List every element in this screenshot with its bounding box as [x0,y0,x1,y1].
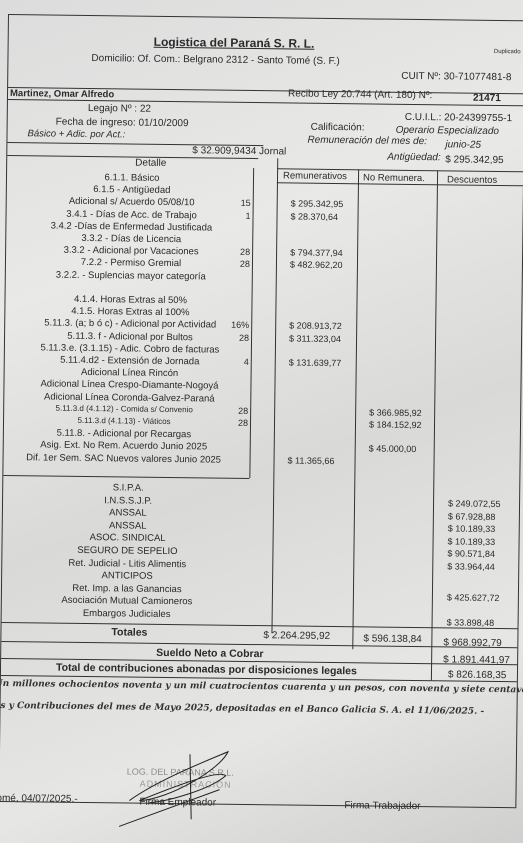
row-concept: 3.4.2 -Días de Enfermedad Justificada [51,220,213,233]
deduction-concept: ASOC. SINDICAL [90,532,166,544]
row-remunerativo: $ 28.370,64 [290,211,338,222]
employer-signature-label: Firma Empleador [139,797,216,809]
row-concept: 5.11.3.d (4.1.13) - Viáticos [77,416,170,426]
row-remunerativo: $ 794.377,94 [290,248,343,259]
row-concept: Adicional s/ Acuerdo 05/08/10 [69,196,195,209]
row-quantity: 28 [228,247,250,257]
deduction-concept: Asociación Mutual Camioneros [61,595,192,608]
row-no-remunerativo: $ 184.152,92 [369,419,422,430]
row-concept: 3.4.1 - Días de Acc. de Trabajo [66,208,197,221]
basic-label: Básico + Adic. por Act.: [27,128,125,140]
row-quantity: 28 [227,332,249,342]
row-quantity: 4 [227,357,249,367]
row-quantity: 16% [227,320,249,330]
total-no-remunerativos: $ 596.138,84 [363,633,422,645]
row-concept: Dif. 1er Sem. SAC Nuevos valores Junio 2… [26,452,221,465]
col-line [352,169,359,649]
deduction-amount: $ 67.928,88 [448,511,496,522]
row-no-remunerativo: $ 45.000,00 [369,444,417,455]
qualification-label: Calificación: [311,122,365,134]
deduction-amount: $ 90.571,84 [447,549,495,560]
period-value: junio-25 [445,139,481,150]
row-concept: Adicional Línea Coronda-Galvez-Paraná [44,391,215,404]
row-concept: 5.11.8. - Adicional por Recargas [57,428,192,441]
row-concept: 5.11.3. (a; b ó c) - Adicional por Activ… [44,318,216,331]
deduction-rows: S.I.P.A.$ 249.072,55I.N.S.S.J.P.$ 67.928… [9,15,523,21]
deduction-concept: ANTICIPOS [101,570,152,582]
divider [3,475,249,479]
deduction-amount: $ 33.964,44 [447,561,495,572]
row-remunerativo: $ 131.639,77 [289,357,342,368]
signature-mark [99,738,240,830]
row-concept: 4.1.5. Horas Extras al 100% [71,306,189,318]
basic-value: $ 32.909,9434 Jornal [192,145,286,157]
company-name: Logistica del Paraná S. R. L. [154,35,315,51]
deposit-note: tes y Contribuciones del mes de Mayo 202… [0,701,484,717]
row-concept: 5.11.4.d2 - Extensión de Jornada [60,355,199,368]
deduction-concept: ANSSAL [109,520,147,531]
seniority-value: $ 295.342,95 [445,154,504,166]
deduction-amount: $ 10.189,33 [448,524,496,535]
net-pay-label: Sueldo Neto a Cobrar [156,647,263,660]
col-header-remunerativos: Remunerativos [283,170,347,182]
seniority-label: Antigüedad: [387,152,441,164]
row-concept: 3.3.2 - Días de Licencia [81,233,181,245]
row-concept: 5.11.3. f - Adicional por Bultos [67,330,193,343]
row-quantity: 28 [226,405,248,415]
row-concept: 5.11.3.d (4.1.12) - Comida s/ Convenio [56,403,193,414]
row-concept: 6.1.5 - Antigüedad [93,184,170,196]
row-concept: Adicional Línea Crespo-Diamante-Nogoyá [40,379,218,392]
deduction-amount: $ 10.189,33 [448,536,496,547]
row-remunerativo: $ 295.342,95 [291,199,344,210]
col-line [271,158,278,633]
row-concept: 5.11.3.e. (3.1.15) - Adic. Cobro de fact… [40,342,219,355]
deduction-concept: ANSSAL [109,507,147,518]
contributions-label: Total de contribuciones abonadas por dis… [56,662,357,678]
divider [2,622,518,629]
deduction-concept: Embargos Judiciales [83,608,171,620]
deduction-concept: SEGURO DE SEPELIO [77,545,177,557]
copy-label: Duplicado [494,49,521,55]
hire-date: Fecha de ingreso: 01/10/2009 [56,117,189,130]
worker-signature-label: Firma Trabajador [344,800,420,812]
row-concept: 7.2.2 - Permiso Gremial [81,257,181,269]
deduction-concept: I.N.S.S.J.P. [104,495,152,507]
deduction-concept: Ret. Judicial - Litis Alimentis [68,557,186,569]
deduction-concept: Ret. Imp. a las Ganancias [72,583,181,595]
employee-cuil: C.U.I.L.: 20-24399755-1 [405,112,512,124]
row-remunerativo: $ 311.323,04 [289,333,341,344]
row-remunerativo: $ 11.365,66 [288,455,335,466]
row-quantity: 28 [228,259,250,269]
row-remunerativo: $ 208.913,72 [289,321,342,332]
row-concept: Adicional Línea Rincón [81,367,178,379]
row-quantity: 28 [226,418,248,428]
company-cuit: CUIT Nº: 30-71077481-8 [401,71,511,83]
row-concept: Asig. Ext. No Rem. Acuerdo Junio 2025 [40,440,207,453]
payslip-document: Logistica del Paraná S. R. L. Duplicado … [0,14,523,808]
col-header-no-remunerativos: No Remunera. [363,172,425,184]
deduction-amount: $ 425.627,72 [447,593,500,604]
employee-legajo: Legajo Nº : 22 [88,103,151,115]
deduction-amount: $ 249.072,55 [448,498,501,509]
divider [8,99,523,106]
detail-rows: 6.1.1. Básico6.1.5 - AntigüedadAdicional… [9,15,523,21]
row-concept: 3.2.2. - Suplencias mayor categoría [56,269,206,282]
deduction-concept: S.I.P.A. [113,482,144,493]
row-remunerativo: $ 482.962,20 [290,260,343,271]
row-no-remunerativo: $ 366.985,92 [369,407,422,418]
totals-label: Totales [111,626,147,638]
col-line [431,170,438,680]
company-address: Domicilio: Of. Com.: Belgrano 2312 - San… [91,53,339,67]
row-quantity: 1 [228,210,250,220]
col-header-detalle: Detalle [135,158,166,169]
row-concept: 4.1.4. Horas Extras al 50% [74,294,187,306]
place-date: Tomé, 04/07/2025.- [0,793,78,805]
total-remunerativos: $ 2.264.295,92 [263,630,330,642]
contributions-value: $ 826.168,35 [448,669,507,681]
receipt-number: 21471 [473,93,501,104]
period-label: Remuneración del mes de: [307,135,427,147]
row-concept: 3.3.2 - Adicional por Vacaciones [64,245,199,258]
row-concept: 6.1.1. Básico [104,172,159,184]
row-quantity: 15 [229,198,251,208]
